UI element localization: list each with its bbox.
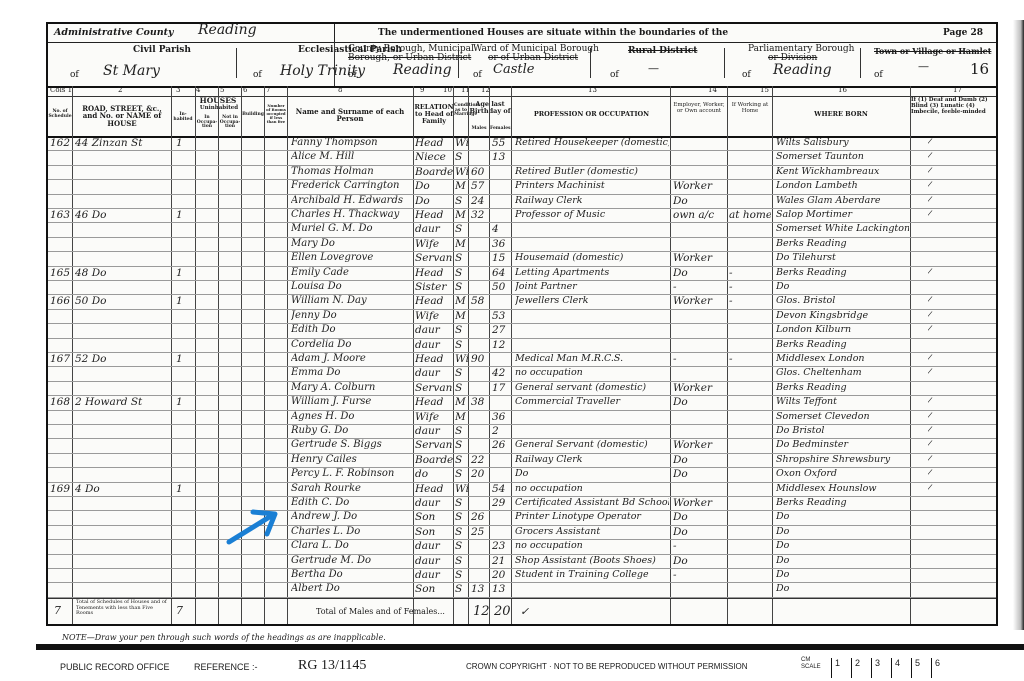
footnote: NOTE—Draw your pen through such words of… [62, 633, 386, 642]
employer-status: - [673, 352, 726, 366]
of-label: of [610, 70, 619, 80]
age-male [471, 554, 489, 568]
occupation: Do [515, 467, 669, 481]
employer-status: Do [673, 194, 726, 208]
person-name: Gertrude S. Biggs [291, 438, 411, 452]
header-males: Males [469, 127, 489, 132]
ward-value: Castle [493, 62, 534, 77]
infirmity-dash: ⁄ [928, 453, 958, 468]
relation: do [415, 467, 453, 481]
table-row: Louisa DoSisterS50Joint Partner--Do [48, 280, 996, 295]
condition: M [455, 395, 468, 409]
person-name: Sarah Rourke [291, 482, 411, 496]
age-male: 38 [471, 395, 489, 409]
employer-status [673, 165, 726, 179]
condition: S [455, 381, 468, 395]
scale-mark: 2 [851, 658, 871, 678]
relation: Sister [415, 280, 453, 294]
table-row: Mary A. ColburnServantS17General servant… [48, 381, 996, 396]
inhabited-count [176, 496, 194, 510]
age-male: 57 [471, 179, 489, 193]
road-address [75, 280, 170, 294]
col-num: 15 [760, 86, 769, 94]
schedule-number [50, 309, 72, 323]
age-male: 90 [471, 352, 489, 366]
employer-status [673, 482, 726, 496]
condition: S [455, 510, 468, 524]
relation: Son [415, 510, 453, 524]
header-inhabited: In-habited [172, 113, 194, 122]
working-at-home [729, 453, 771, 467]
employer-status [673, 410, 726, 424]
infirmity-dash: ⁄ [928, 208, 958, 223]
table-row: 16548 Do1Emily CadeHeadS64Letting Apartm… [48, 266, 996, 281]
col-num: 16 [838, 86, 847, 94]
age-female: 15 [492, 251, 510, 265]
age-male [471, 136, 489, 150]
inhabited-count [176, 366, 194, 380]
col-num: Cols 1 [50, 86, 72, 94]
person-name: Mary A. Colburn [291, 381, 411, 395]
condition: S [455, 222, 468, 236]
working-at-home [729, 323, 771, 337]
schedules-label: Total of Schedules of Houses and of Tene… [76, 600, 168, 617]
relation: daur [415, 539, 453, 553]
age-female: 42 [492, 366, 510, 380]
relation: Head [415, 352, 453, 366]
infirmity-dash: ⁄ [928, 323, 958, 338]
reference-number: RG 13/1145 [298, 658, 366, 674]
check-mark: ✓ [520, 605, 529, 618]
working-at-home [729, 410, 771, 424]
working-at-home [729, 582, 771, 596]
relation: Wife [415, 410, 453, 424]
relation: Servant [415, 381, 453, 395]
person-name: Charles L. Do [291, 525, 411, 539]
where-born: Kent Wickhambreaux [776, 165, 909, 179]
working-at-home: - [729, 294, 771, 308]
totals-row: 7 Total of Schedules of Houses and of Te… [48, 598, 996, 625]
where-born: London Lambeth [776, 179, 909, 193]
schedule-number [50, 525, 72, 539]
col-num: 9 [420, 86, 424, 94]
header-where-born: WHERE BORN [773, 111, 909, 118]
infirmity-dash [928, 237, 958, 252]
working-at-home [729, 222, 771, 236]
table-row: 1682 Howard St1William J. FurseHeadM38Co… [48, 395, 996, 410]
infirmity-dash [928, 582, 958, 597]
relation: daur [415, 366, 453, 380]
age-female [492, 179, 510, 193]
occupation: Railway Clerk [515, 194, 669, 208]
working-at-home [729, 165, 771, 179]
person-name: Agnes H. Do [291, 410, 411, 424]
where-born: Salop Mortimer [776, 208, 909, 222]
table-row: Agnes H. DoWifeM36Somerset Clevedon⁄ [48, 410, 996, 425]
header-occupation: PROFESSION OR OCCUPATION [514, 111, 669, 118]
inhabited-count [176, 453, 194, 467]
table-row: Gertrude S. BiggsServantS26General Serva… [48, 438, 996, 453]
age-male [471, 438, 489, 452]
column-headers: No. of Schedule ROAD, STREET, &c., and N… [48, 96, 996, 138]
person-name: Albert Do [291, 582, 411, 596]
employer-status [673, 237, 726, 251]
header-age: Age last Birthday of [469, 101, 511, 115]
table-row: Charles L. DoSonS25Grocers AssistantDoDo [48, 525, 996, 540]
employer-status: Do [673, 453, 726, 467]
employer-status: - [673, 539, 726, 553]
person-name: Fanny Thompson [291, 136, 411, 150]
inhabited-count [176, 525, 194, 539]
schedule-number: 162 [50, 136, 72, 150]
inhabited-count [176, 582, 194, 596]
age-male [471, 150, 489, 164]
county-borough-value: Reading [393, 62, 452, 78]
inhabited-count [176, 194, 194, 208]
schedule-number [50, 467, 72, 481]
header-schedule-no: No. of Schedule [48, 110, 72, 119]
of-label: of [70, 70, 79, 80]
condition: S [455, 280, 468, 294]
census-rows: 16244 Zinzan St1Fanny ThompsonHeadWid55R… [48, 136, 996, 598]
schedule-number: 168 [50, 395, 72, 409]
working-at-home [729, 309, 771, 323]
rural-district-value: — [648, 62, 659, 75]
where-born: Somerset Clevedon [776, 410, 909, 424]
working-at-home: at home [729, 208, 771, 222]
working-at-home [729, 539, 771, 553]
where-born: London Kilburn [776, 323, 909, 337]
schedules-count: 7 [54, 604, 61, 617]
where-born: Do [776, 554, 909, 568]
age-female [492, 165, 510, 179]
table-row: Andrew J. DoSonS26Printer Linotype Opera… [48, 510, 996, 525]
occupation: Retired Housekeeper (domestic) [515, 136, 669, 150]
infirmity-dash: ⁄ [928, 150, 958, 165]
road-address [75, 323, 170, 337]
person-name: Emma Do [291, 366, 411, 380]
header-building: Building [242, 113, 264, 118]
col-num: 5 [220, 86, 224, 94]
relation: daur [415, 323, 453, 337]
civil-parish-label: Civil Parish [133, 45, 191, 55]
occupation: Retired Butler (domestic) [515, 165, 669, 179]
schedule-number [50, 366, 72, 380]
age-female: 64 [492, 266, 510, 280]
road-address [75, 496, 170, 510]
relation: Head [415, 208, 453, 222]
archive-footer: PUBLIC RECORD OFFICE REFERENCE :- RG 13/… [36, 648, 1024, 681]
where-born: Do Bristol [776, 424, 909, 438]
header-employer: Employer, Worker, or Own account [671, 103, 727, 115]
person-name: Edith Do [291, 323, 411, 337]
road-address [75, 165, 170, 179]
civil-parish-value: St Mary [103, 63, 160, 79]
table-row: Albert DoSonS1313Do [48, 582, 996, 597]
rural-district-label: Rural District [628, 46, 697, 56]
occupation: General servant (domestic) [515, 381, 669, 395]
road-address [75, 251, 170, 265]
occupation: no occupation [515, 539, 669, 553]
houses-total: 7 [176, 604, 183, 617]
relation: Servant [415, 251, 453, 265]
header-row-1: Administrative County Reading The underm… [48, 24, 996, 43]
road-address [75, 453, 170, 467]
table-row: 16650 Do1William N. DayHeadM58Jewellers … [48, 294, 996, 309]
road-address [75, 410, 170, 424]
inhabited-count [176, 150, 194, 164]
inhabited-count: 1 [176, 266, 194, 280]
age-female [492, 208, 510, 222]
infirmity-dash: ⁄ [928, 294, 958, 309]
condition: Wid [455, 136, 468, 150]
occupation [515, 222, 669, 236]
person-name: Frederick Carrington [291, 179, 411, 193]
condition: Wid [455, 165, 468, 179]
person-name: Louisa Do [291, 280, 411, 294]
where-born: Devon Kingsbridge [776, 309, 909, 323]
employer-status [673, 309, 726, 323]
age-male [471, 539, 489, 553]
working-at-home [729, 525, 771, 539]
occupation [515, 338, 669, 352]
table-row: Henry CailesBoarderS22Railway ClerkDoShr… [48, 453, 996, 468]
age-female: 53 [492, 309, 510, 323]
employer-status: Do [673, 266, 726, 280]
relation: Boarder [415, 453, 453, 467]
person-name: Alice M. Hill [291, 150, 411, 164]
inhabited-count [176, 568, 194, 582]
persons-total-label: Total of Males and of Females... [316, 607, 445, 616]
road-address: 2 Howard St [75, 395, 170, 409]
infirmity-dash [928, 338, 958, 353]
occupation: Jewellers Clerk [515, 294, 669, 308]
person-name: Adam J. Moore [291, 352, 411, 366]
age-female [492, 294, 510, 308]
table-row: Cordelia DodaurS12Berks Reading [48, 338, 996, 353]
header-row-2: Civil Parish of St Mary Ecclesiastical P… [48, 42, 996, 88]
condition: S [455, 323, 468, 337]
employer-status [673, 323, 726, 337]
age-female [492, 352, 510, 366]
where-born: Glos. Bristol [776, 294, 909, 308]
working-at-home [729, 338, 771, 352]
infirmity-dash [928, 554, 958, 569]
where-born: Wales Glam Aberdare [776, 194, 909, 208]
table-row: Ruby G. DodaurS2Do Bristol⁄ [48, 424, 996, 439]
occupation: no occupation [515, 366, 669, 380]
age-female [492, 453, 510, 467]
relation: Do [415, 194, 453, 208]
relation: Son [415, 582, 453, 596]
col-num: 10 [443, 86, 452, 94]
header-uninhabited: Uninhabited [196, 106, 242, 112]
inhabited-count [176, 323, 194, 337]
schedule-number: 169 [50, 482, 72, 496]
inhabited-count [176, 410, 194, 424]
occupation: Shop Assistant (Boots Shoes) [515, 554, 669, 568]
age-male [471, 410, 489, 424]
age-female: 21 [492, 554, 510, 568]
schedule-number: 165 [50, 266, 72, 280]
condition: S [455, 424, 468, 438]
where-born: Somerset Taunton [776, 150, 909, 164]
occupation [515, 237, 669, 251]
person-name: Ruby G. Do [291, 424, 411, 438]
person-name: Clara L. Do [291, 539, 411, 553]
table-row: Frederick CarringtonDoM57Printers Machin… [48, 179, 996, 194]
working-at-home [729, 467, 771, 481]
occupation: Certificated Assistant Bd School [515, 496, 669, 510]
age-male: 13 [471, 582, 489, 596]
scale-mark: 4 [891, 658, 911, 678]
road-address [75, 309, 170, 323]
working-at-home [729, 381, 771, 395]
col-num: 17 [953, 86, 962, 94]
reference-label: REFERENCE :- [194, 662, 258, 672]
condition: M [455, 208, 468, 222]
age-female [492, 467, 510, 481]
working-at-home [729, 482, 771, 496]
relation: Son [415, 525, 453, 539]
schedule-number: 166 [50, 294, 72, 308]
where-born: Middlesex Hounslow [776, 482, 909, 496]
relation: daur [415, 338, 453, 352]
infirmity-dash [928, 381, 958, 396]
occupation: Printers Machinist [515, 179, 669, 193]
age-male [471, 222, 489, 236]
inhabited-count [176, 467, 194, 481]
road-address [75, 510, 170, 524]
age-female: 13 [492, 150, 510, 164]
of-label: of [473, 70, 482, 80]
condition: M [455, 179, 468, 193]
age-male: 25 [471, 525, 489, 539]
schedule-number [50, 554, 72, 568]
age-male [471, 280, 489, 294]
occupation: Printer Linotype Operator [515, 510, 669, 524]
table-row: 1694 Do1Sarah RourkeHeadWid54no occupati… [48, 482, 996, 497]
person-name: Henry Cailes [291, 453, 411, 467]
scale-mark: 3 [871, 658, 891, 678]
inhabited-count [176, 309, 194, 323]
schedule-number [50, 424, 72, 438]
road-address [75, 582, 170, 596]
age-female: 26 [492, 438, 510, 452]
employer-status [673, 136, 726, 150]
relation: daur [415, 554, 453, 568]
schedule-number [50, 410, 72, 424]
age-male [471, 338, 489, 352]
relation: daur [415, 222, 453, 236]
col-num: 13 [588, 86, 597, 94]
annotation-arrow-icon [225, 508, 285, 548]
schedule-number [50, 323, 72, 337]
inhabited-count [176, 510, 194, 524]
employer-status: Do [673, 395, 726, 409]
person-name: Thomas Holman [291, 165, 411, 179]
condition: S [455, 150, 468, 164]
age-male [471, 237, 489, 251]
road-address: 52 Do [75, 352, 170, 366]
age-female: 2 [492, 424, 510, 438]
table-row: Edith DodaurS27London Kilburn⁄ [48, 323, 996, 338]
employer-status: - [673, 568, 726, 582]
parliamentary-borough-value: Reading [773, 62, 832, 78]
scale-mark: 6 [931, 658, 951, 678]
employer-status: Do [673, 554, 726, 568]
age-male [471, 323, 489, 337]
table-row: Mary DoWifeM36Berks Reading [48, 237, 996, 252]
occupation: Railway Clerk [515, 453, 669, 467]
where-born: Oxon Oxford [776, 467, 909, 481]
age-male: 24 [471, 194, 489, 208]
relation: daur [415, 496, 453, 510]
occupation: Housemaid (domestic) [515, 251, 669, 265]
condition: S [455, 554, 468, 568]
person-name: William J. Furse [291, 395, 411, 409]
schedule-number [50, 251, 72, 265]
schedule-number [50, 165, 72, 179]
relation: Servant [415, 438, 453, 452]
road-address [75, 150, 170, 164]
infirmity-dash [928, 251, 958, 266]
schedule-number [50, 438, 72, 452]
age-female [492, 525, 510, 539]
schedule-number [50, 280, 72, 294]
person-name: Gertrude M. Do [291, 554, 411, 568]
working-at-home [729, 510, 771, 524]
schedule-number [50, 453, 72, 467]
occupation [515, 323, 669, 337]
occupation [515, 309, 669, 323]
table-row: Thomas HolmanBoarderWid60Retired Butler … [48, 165, 996, 180]
road-address [75, 554, 170, 568]
employer-status [673, 150, 726, 164]
infirmity-dash: ⁄ [928, 467, 958, 482]
age-male [471, 424, 489, 438]
person-name: Muriel G. M. Do [291, 222, 411, 236]
schedule-number [50, 194, 72, 208]
col-num: 7 [266, 86, 270, 94]
age-male [471, 309, 489, 323]
age-female: 36 [492, 410, 510, 424]
road-address [75, 366, 170, 380]
occupation: Joint Partner [515, 280, 669, 294]
col-num: 3 [176, 86, 180, 94]
where-born: Berks Reading [776, 237, 909, 251]
where-born: Do [776, 510, 909, 524]
table-row: Bertha DodaurS20Student in Training Coll… [48, 568, 996, 583]
road-address [75, 222, 170, 236]
employer-status: Do [673, 525, 726, 539]
employer-status [673, 222, 726, 236]
schedule-number [50, 222, 72, 236]
age-female [492, 194, 510, 208]
inhabited-count [176, 165, 194, 179]
males-total: 12 [473, 604, 490, 619]
inhabited-count [176, 280, 194, 294]
page-edge [1013, 20, 1024, 630]
condition: S [455, 438, 468, 452]
header-road: ROAD, STREET, &c., and No. or NAME of HO… [74, 105, 170, 127]
person-name: William N. Day [291, 294, 411, 308]
condition: S [455, 525, 468, 539]
table-row: 16346 Do1Charles H. ThackwayHeadM32Profe… [48, 208, 996, 223]
employer-status [673, 424, 726, 438]
occupation [515, 582, 669, 596]
table-row: Clara L. DodaurS23no occupation-Do [48, 539, 996, 554]
